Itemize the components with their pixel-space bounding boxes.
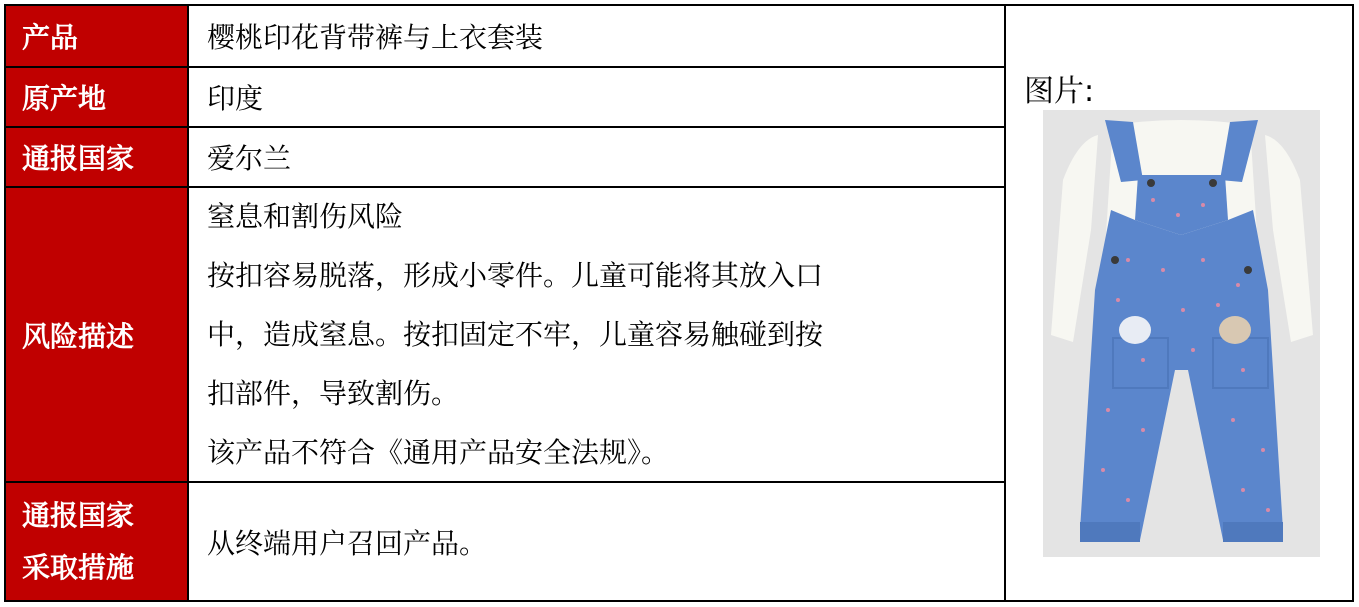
risk-line: 中，造成窒息。按扣固定不牢，儿童容易触碰到按	[207, 305, 823, 364]
value-product: 樱桃印花背带裤与上衣套装	[189, 6, 1004, 68]
picture-column: 图片:	[1004, 6, 1352, 600]
label-risk: 风险描述	[6, 188, 189, 483]
value-risk: 窒息和割伤风险 按扣容易脱落，形成小零件。儿童可能将其放入口 中，造成窒息。按扣…	[189, 188, 1004, 483]
label-origin: 原产地	[6, 68, 189, 128]
label-measures-line: 通报国家	[22, 490, 134, 542]
product-image	[1043, 110, 1320, 557]
overalls-illustration	[1043, 110, 1320, 557]
value-notifying-country: 爱尔兰	[189, 128, 1004, 188]
label-measures: 通报国家 采取措施	[6, 483, 189, 600]
picture-title: 图片:	[1024, 66, 1094, 110]
value-origin: 印度	[189, 68, 1004, 128]
label-measures-line: 采取措施	[22, 542, 134, 594]
risk-line: 按扣容易脱落，形成小零件。儿童可能将其放入口	[207, 246, 823, 305]
label-notifying-country: 通报国家	[6, 128, 189, 188]
risk-line: 该产品不符合《通用产品安全法规》。	[207, 423, 669, 482]
risk-line: 窒息和割伤风险	[207, 187, 403, 246]
risk-line: 扣部件，导致割伤。	[207, 364, 459, 423]
label-product: 产品	[6, 6, 189, 68]
recall-notice-table: 产品 樱桃印花背带裤与上衣套装 原产地 印度 通报国家 爱尔兰 风险描述 窒息和…	[4, 4, 1354, 602]
value-measures: 从终端用户召回产品。	[189, 483, 1004, 600]
